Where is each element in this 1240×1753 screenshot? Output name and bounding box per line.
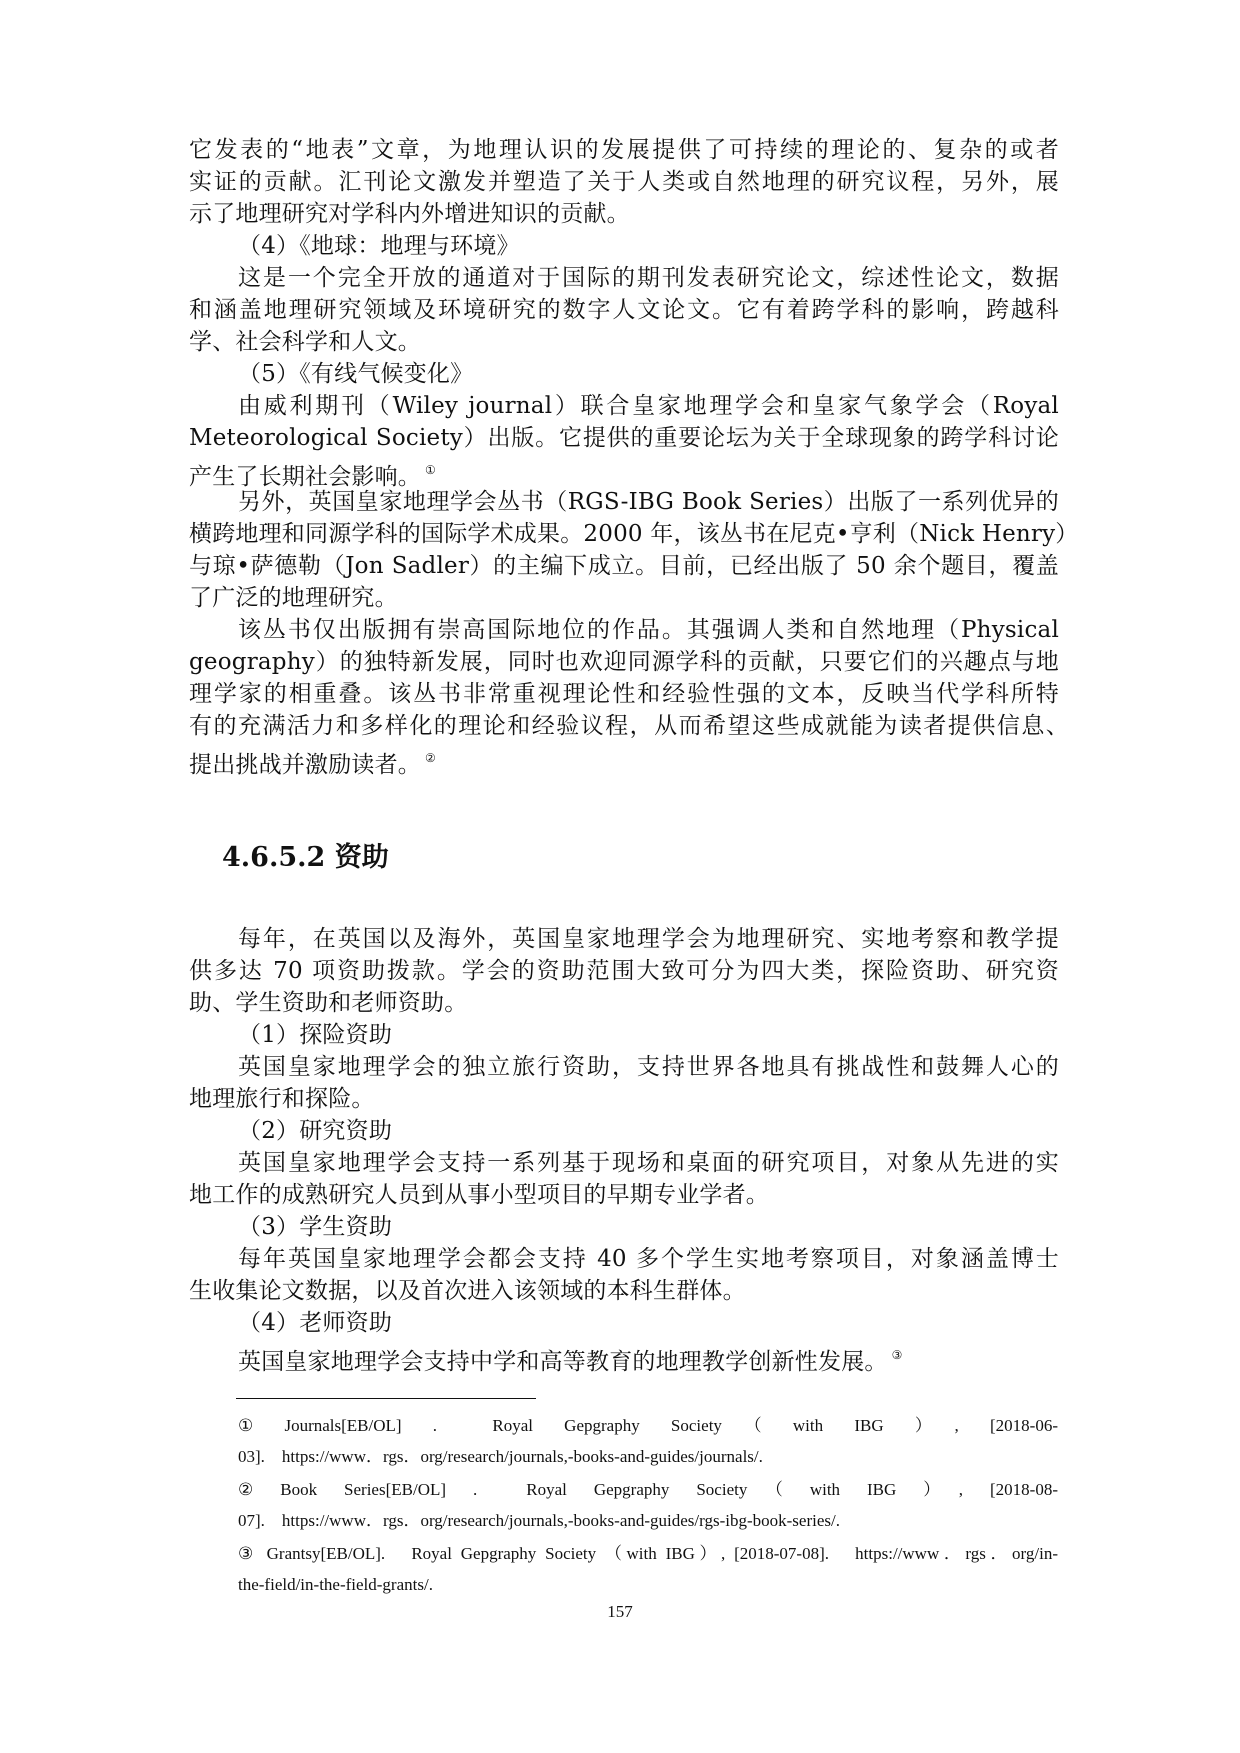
footnote-marker[interactable]: ③ xyxy=(892,1348,903,1362)
paragraph-line: 地工作的成熟研究人员到从事小型项目的早期专业学者。 xyxy=(189,1179,1059,1211)
paragraph-line: 实证的贡献。汇刊论文激发并塑造了关于人类或自然地理的研究议程，另外，展 xyxy=(189,166,1059,198)
paragraph-line: geography）的独特新发展，同时也欢迎同源学科的贡献，只要它们的兴趣点与地 xyxy=(189,646,1059,678)
footnote-marker[interactable]: ① xyxy=(425,463,436,477)
footnote-1-line-1: ① Journals[EB/OL] . Royal Gepgraphy Soci… xyxy=(238,1414,1058,1438)
paragraph-line: 了广泛的地理研究。 xyxy=(189,582,1059,614)
paragraph-line: 生收集论文数据，以及首次进入该领域的本科生群体。 xyxy=(189,1275,1059,1307)
paragraph-line: 每年，在英国以及海外，英国皇家地理学会为地理研究、实地考察和教学提 xyxy=(238,923,1059,955)
paragraph-line: 另外，英国皇家地理学会丛书（RGS-IBG Book Series）出版了一系列… xyxy=(238,486,1059,518)
paragraph-line: 理学家的相重叠。该丛书非常重视理论性和经验性强的文本，反映当代学科所特 xyxy=(189,678,1059,710)
list-item-heading: （2）研究资助 xyxy=(238,1115,1108,1147)
paragraph-line: 每年英国皇家地理学会都会支持 40 多个学生实地考察项目，对象涵盖博士 xyxy=(238,1243,1059,1275)
document-page: 它发表的“地表”文章，为地理认识的发展提供了可持续的理论的、复杂的或者 实证的贡… xyxy=(0,0,1240,1753)
list-item-heading: （3）学生资助 xyxy=(238,1211,1108,1243)
paragraph-line: 和涵盖地理研究领域及环境研究的数字人文论文。它有着跨学科的影响，跨越科 xyxy=(189,294,1059,326)
paragraph-line: 与琼•萨德勒（Jon Sadler）的主编下成立。目前，已经出版了 50 余个题… xyxy=(189,550,1059,582)
list-item-heading: （1）探险资助 xyxy=(238,1019,1108,1051)
footnote-3-line-2: the-field/in-the-field-grants/. xyxy=(238,1573,1058,1597)
paragraph-line: 英国皇家地理学会支持中学和高等教育的地理教学创新性发展。③ xyxy=(238,1339,1108,1378)
footnote-marker[interactable]: ② xyxy=(425,751,436,765)
paragraph-line: Meteorological Society）出版。它提供的重要论坛为关于全球现… xyxy=(189,422,1059,454)
paragraph-line: 地理旅行和探险。 xyxy=(189,1083,1059,1115)
paragraph-line: 供多达 70 项资助拨款。学会的资助范围大致可分为四大类，探险资助、研究资 xyxy=(189,955,1059,987)
paragraph-line: 示了地理研究对学科内外增进知识的贡献。 xyxy=(189,198,1059,230)
line-text: 英国皇家地理学会支持中学和高等教育的地理教学创新性发展。 xyxy=(238,1349,888,1375)
paragraph-line: 由威利期刊（Wiley journal）联合皇家地理学会和皇家气象学会（Roya… xyxy=(238,390,1059,422)
paragraph-line: 助、学生资助和老师资助。 xyxy=(189,987,1059,1019)
paragraph-line: 英国皇家地理学会支持一系列基于现场和桌面的研究项目，对象从先进的实 xyxy=(238,1147,1059,1179)
footnote-3-line-1: ③ Grantsy[EB/OL]. Royal Gepgraphy Societ… xyxy=(238,1542,1058,1566)
paragraph-line: 英国皇家地理学会的独立旅行资助，支持世界各地具有挑战性和鼓舞人心的 xyxy=(238,1051,1059,1083)
footnote-2-line-2: 07]. https://www．rgs．org/research/journa… xyxy=(238,1509,1058,1533)
paragraph-line: 它发表的“地表”文章，为地理认识的发展提供了可持续的理论的、复杂的或者 xyxy=(189,134,1059,166)
footnote-separator xyxy=(236,1398,536,1399)
paragraph-line: 提出挑战并激励读者。② xyxy=(189,742,1059,781)
page-number: 157 xyxy=(0,1602,1240,1622)
paragraph-line: 有的充满活力和多样化的理论和经验议程，从而希望这些成就能为读者提供信息、 xyxy=(189,710,1069,742)
paragraph-line: 横跨地理和同源学科的国际学术成果。2000 年，该丛书在尼克•亨利（Nick H… xyxy=(189,518,1059,550)
section-heading: 4.6.5.2 资助 xyxy=(222,835,389,874)
list-item-heading: （4）老师资助 xyxy=(238,1307,1108,1339)
paragraph-line: 该丛书仅出版拥有崇高国际地位的作品。其强调人类和自然地理（Physical xyxy=(238,614,1059,646)
paragraph-line: 学、社会科学和人文。 xyxy=(189,326,1059,358)
line-text: 提出挑战并激励读者。 xyxy=(189,752,421,778)
list-item-heading: （4）《地球：地理与环境》 xyxy=(238,230,1108,262)
footnote-2-line-1: ② Book Series[EB/OL] . Royal Gepgraphy S… xyxy=(238,1478,1058,1502)
paragraph-line: 这是一个完全开放的通道对于国际的期刊发表研究论文，综述性论文，数据 xyxy=(238,262,1059,294)
footnote-1-line-2: 03]. https://www．rgs．org/research/journa… xyxy=(238,1445,1058,1469)
list-item-heading: （5）《有线气候变化》 xyxy=(238,358,1108,390)
